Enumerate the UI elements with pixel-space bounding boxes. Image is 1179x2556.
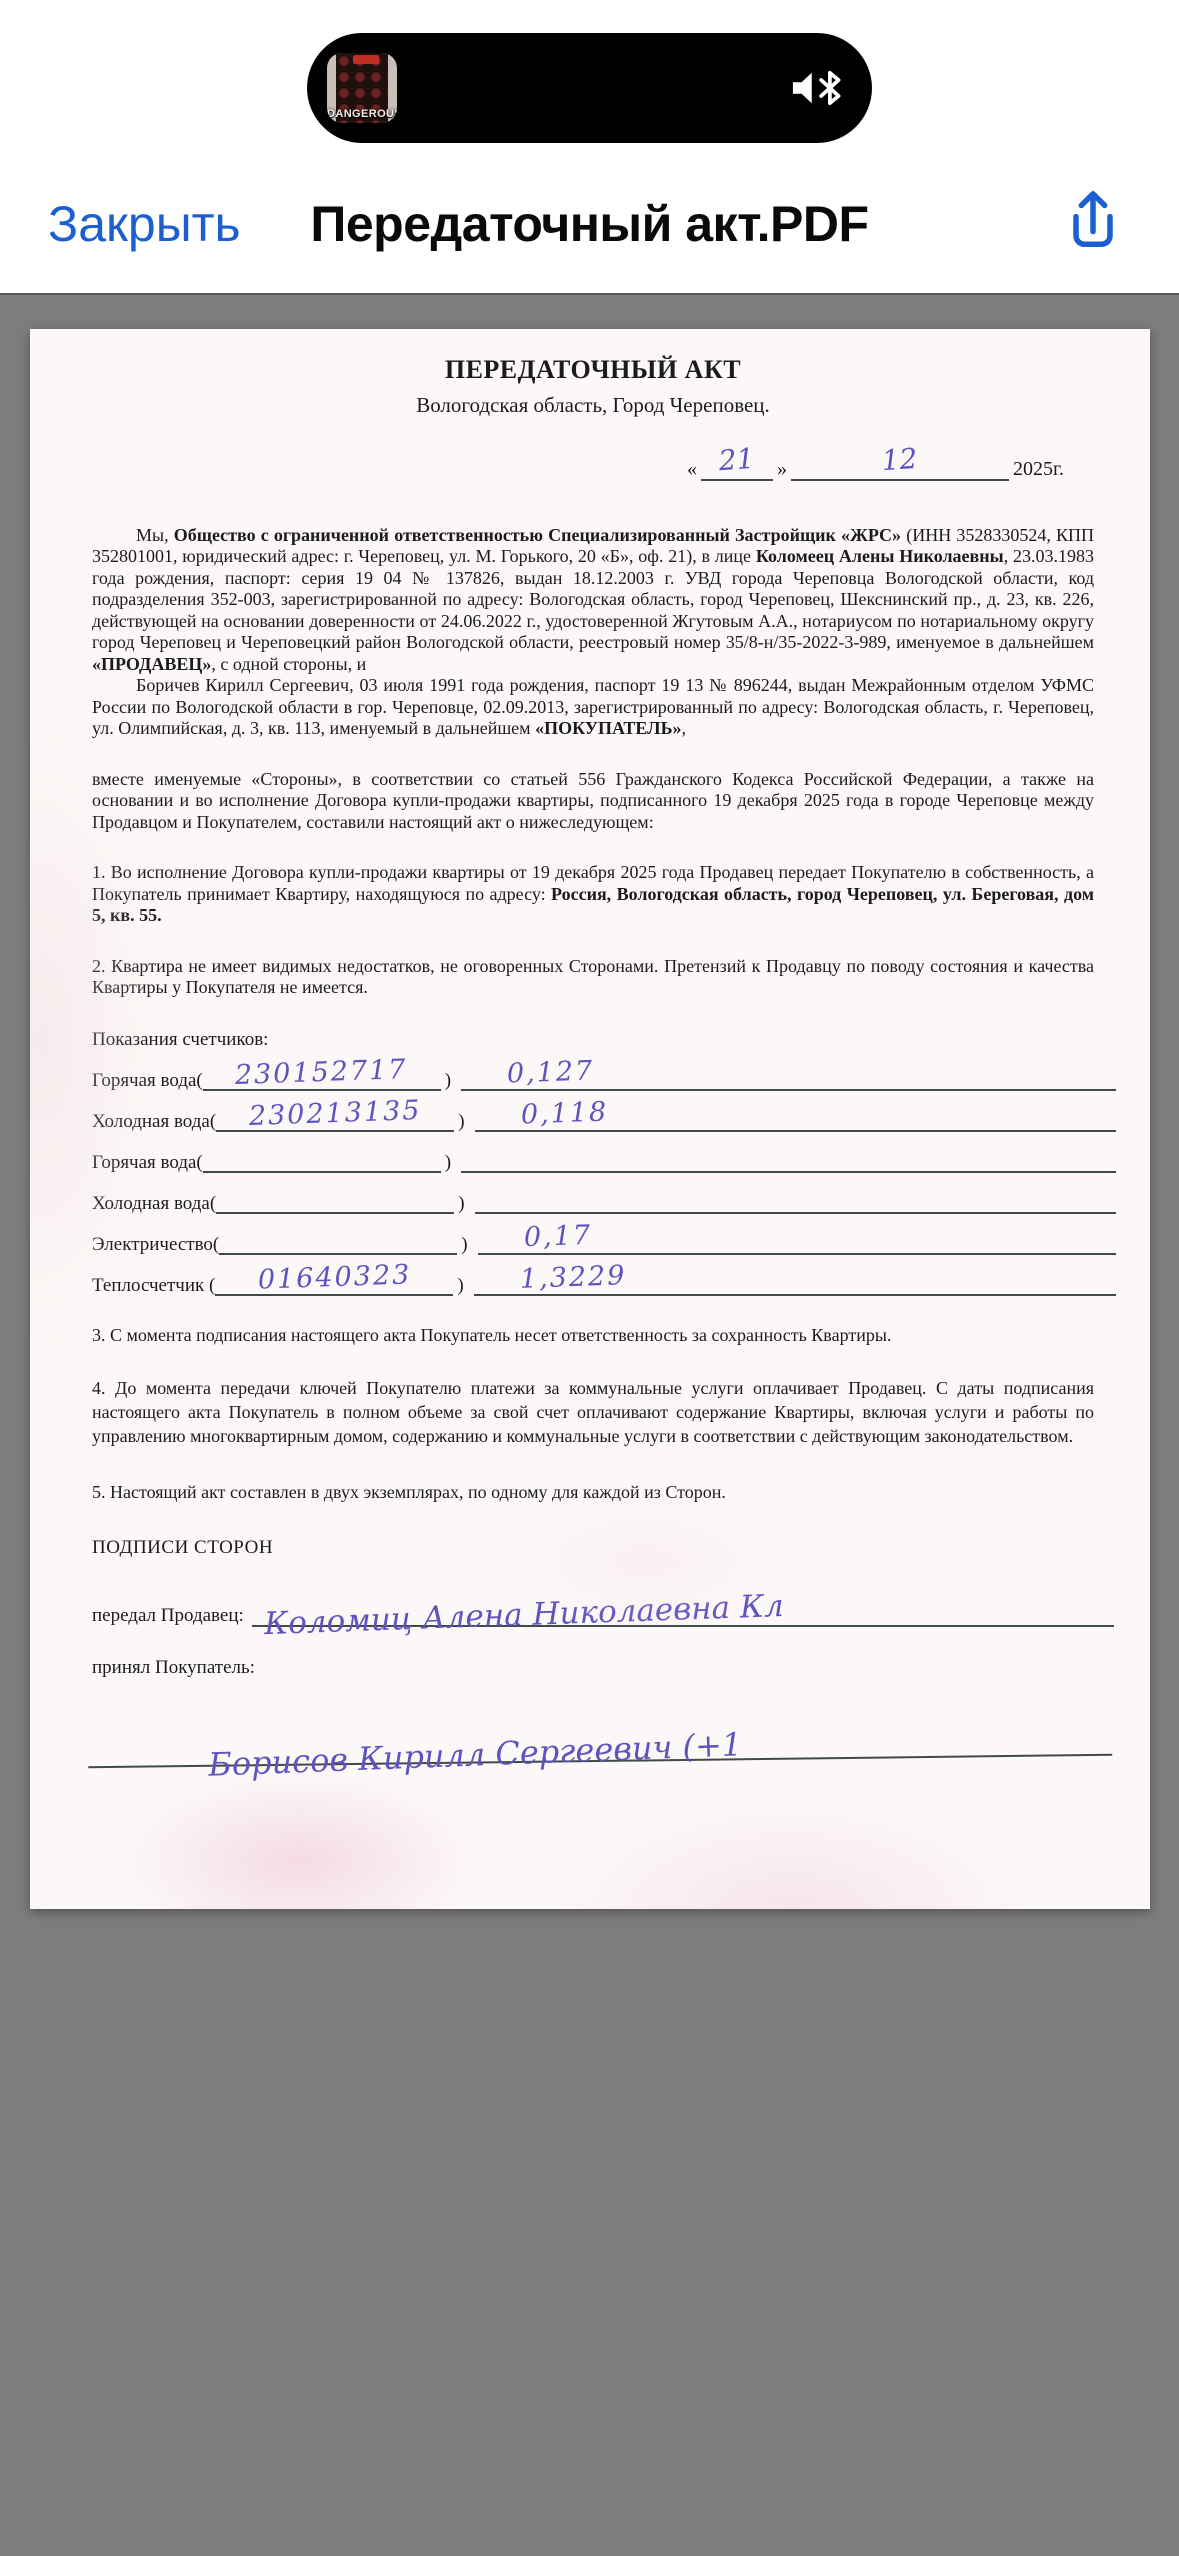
date-day-handwritten: 21 <box>718 449 755 471</box>
meter-close-paren: ) <box>458 1111 464 1133</box>
seller-signature-field: Коломиц Алена Николаевна Кл <box>252 1593 1114 1627</box>
meter-serial-handwritten: 01640323 <box>257 1267 411 1288</box>
date-month-handwritten: 12 <box>881 449 918 471</box>
date-open-quote: « <box>687 459 697 481</box>
seller-signature-row: передал Продавец: Коломиц Алена Николаев… <box>92 1593 1094 1627</box>
meter-reading-field: 0,17 <box>478 1232 1116 1256</box>
meter-reading-handwritten: 0,127 <box>507 1063 595 1082</box>
paragraph-buyer: Боричев Кирилл Сергеевич, 03 июля 1991 г… <box>92 675 1094 740</box>
paragraph-preamble: вместе именуемые «Стороны», в соответств… <box>92 769 1094 834</box>
dynamic-island-media-pill[interactable]: DANGEROUS <box>307 33 872 143</box>
meter-serial-field: 230152717 <box>203 1068 441 1092</box>
meter-label: Электричество( <box>92 1234 219 1256</box>
meter-reading-field <box>475 1191 1116 1215</box>
clause-3: 3. С момента подписания настоящего акта … <box>92 1325 1094 1347</box>
signatures-heading: ПОДПИСИ СТОРОН <box>92 1537 1094 1559</box>
speaker-bluetooth-icon <box>790 64 848 112</box>
seller-label: передал Продавец: <box>92 1605 244 1627</box>
date-line: « 21 » 12 2025г. <box>92 454 1064 481</box>
seller-signature-handwritten: Коломиц Алена Николаевна Кл <box>264 1596 784 1636</box>
meter-reading-field: 1,3229 <box>474 1273 1116 1297</box>
pdf-page: ПЕРЕДАТОЧНЫЙ АКТ Вологодская область, Го… <box>30 329 1150 1909</box>
meter-row-hot-water-1: Горячая вода( 230152717 ) 0,127 <box>92 1050 1094 1091</box>
meter-serial-field <box>216 1191 454 1215</box>
meter-serial-handwritten: 230152717 <box>235 1061 408 1083</box>
date-year: 2025г. <box>1013 459 1064 481</box>
meter-reading-handwritten: 1,3229 <box>519 1268 626 1288</box>
meter-close-paren: ) <box>457 1275 463 1297</box>
meter-row-electricity: Электричество( ) 0,17 <box>92 1214 1094 1255</box>
meter-row-heat-meter: Теплосчетчик ( 01640323 ) 1,3229 <box>92 1255 1094 1296</box>
buyer-label: принял Покупатель: <box>92 1657 1094 1679</box>
paragraph-seller: Мы, Общество с ограниченной ответственно… <box>92 525 1094 676</box>
meter-reading-field: 0,118 <box>475 1109 1116 1133</box>
meter-label: Горячая вода( <box>92 1152 203 1174</box>
meter-row-hot-water-2: Горячая вода( ) <box>92 1132 1094 1173</box>
buyer-signature-field: Борисов Кирилл Сергеевич (+1 <box>88 1716 1112 1769</box>
buyer-signature-handwritten: Борисов Кирилл Сергеевич (+1 <box>208 1734 743 1776</box>
meters-heading: Показания счетчиков: <box>92 1029 1094 1051</box>
act-subtitle: Вологодская область, Город Череповец. <box>92 395 1094 417</box>
meter-close-paren: ) <box>445 1152 451 1174</box>
date-month-field: 12 <box>791 454 1009 481</box>
clause-4: 4. До момента передачи ключей Покупателю… <box>92 1376 1094 1448</box>
meter-row-cold-water-2: Холодная вода( ) <box>92 1173 1094 1214</box>
screen: DANGEROUS Закрыть Передаточный акт.PDF П… <box>0 0 1179 2556</box>
album-art-red-mark <box>353 55 379 64</box>
meter-serial-field: 01640323 <box>215 1273 453 1297</box>
meter-label: Холодная вода( <box>92 1193 216 1215</box>
date-day-field: 21 <box>701 454 773 481</box>
meter-serial-field: 230213135 <box>216 1109 454 1133</box>
meter-label: Горячая вода( <box>92 1070 203 1092</box>
page-title: Передаточный акт.PDF <box>0 195 1179 253</box>
clause-5: 5. Настоящий акт составлен в двух экземп… <box>92 1482 1094 1504</box>
meter-label: Холодная вода( <box>92 1111 216 1133</box>
meter-serial-field <box>203 1150 441 1174</box>
viewer-header: DANGEROUS Закрыть Передаточный акт.PDF <box>0 0 1179 293</box>
meter-close-paren: ) <box>458 1193 464 1215</box>
date-close-quote: » <box>777 459 787 481</box>
meter-row-cold-water-1: Холодная вода( 230213135 ) 0,118 <box>92 1091 1094 1132</box>
meter-reading-field <box>461 1150 1116 1174</box>
pdf-viewer-canvas[interactable]: ПЕРЕДАТОЧНЫЙ АКТ Вологодская область, Го… <box>0 293 1179 2556</box>
meter-reading-field: 0,127 <box>461 1068 1116 1092</box>
share-icon <box>1063 189 1123 257</box>
meter-reading-handwritten: 0,118 <box>520 1104 608 1123</box>
album-art-label: DANGEROUS <box>327 108 397 120</box>
navigation-bar: Закрыть Передаточный акт.PDF <box>0 178 1179 270</box>
meter-close-paren: ) <box>461 1234 467 1256</box>
album-art: DANGEROUS <box>327 53 397 123</box>
meter-label: Теплосчетчик ( <box>92 1275 215 1297</box>
meter-serial-field <box>219 1232 457 1256</box>
meter-reading-handwritten: 0,17 <box>523 1227 592 1245</box>
share-button[interactable] <box>1061 188 1125 260</box>
clause-1: 1. Во исполнение Договора купли-продажи … <box>92 862 1094 927</box>
meter-close-paren: ) <box>445 1070 451 1092</box>
act-title: ПЕРЕДАТОЧНЫЙ АКТ <box>92 359 1094 381</box>
meter-serial-handwritten: 230213135 <box>249 1102 422 1124</box>
clause-2: 2. Квартира не имеет видимых недостатков… <box>92 956 1094 999</box>
